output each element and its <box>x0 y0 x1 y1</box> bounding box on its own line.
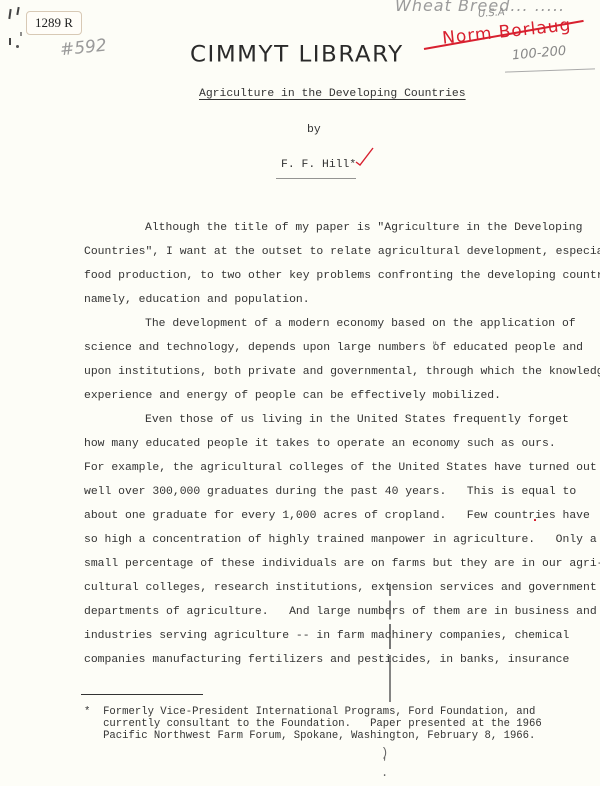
body-line: food production, to two other key proble… <box>84 270 600 282</box>
pencil-underline <box>505 68 595 72</box>
catalog-label: 1289 R <box>26 11 82 35</box>
body-line: Although the title of my paper is "Agric… <box>145 222 582 234</box>
body-line: experience and energy of people can be e… <box>84 390 501 402</box>
body-line: upon institutions, both private and gove… <box>84 366 600 378</box>
edge-mark <box>9 38 11 45</box>
body-line: The development of a modern economy base… <box>145 318 576 330</box>
footnote-line: * Formerly Vice-President International … <box>84 706 535 718</box>
body-line: science and technology, depends upon lar… <box>84 342 583 354</box>
document-page: 1289 R #592 Wheat Breed... ..... U.S.A N… <box>0 0 600 786</box>
body-line: cultural colleges, research institutions… <box>84 582 597 594</box>
body-line: how many educated people it takes to ope… <box>84 438 556 450</box>
body-line: For example, the agricultural colleges o… <box>84 462 597 474</box>
body-line: Countries", I want at the outset to rela… <box>84 246 600 258</box>
library-stamp: CIMMYT LIBRARY <box>190 43 404 68</box>
pencil-tick-mark: " <box>432 341 436 345</box>
body-line: well over 300,000 graduates during the p… <box>84 486 576 498</box>
edge-mark <box>16 7 19 15</box>
red-dot-mark <box>534 519 536 521</box>
footnote-line: currently consultant to the Foundation. … <box>84 718 542 730</box>
handwritten-recipient: Norm Borlaug <box>441 15 572 48</box>
body-line: companies manufacturing fertilizers and … <box>84 654 569 666</box>
handwritten-range-note: 100-200 <box>511 44 566 64</box>
paper-title: Agriculture in the Developing Countries <box>199 88 466 100</box>
body-line: industries serving agriculture -- in far… <box>84 630 569 642</box>
handwritten-usa-note: U.S.A <box>478 7 506 20</box>
edge-dot <box>16 45 19 48</box>
body-line: about one graduate for every 1,000 acres… <box>84 510 590 522</box>
footnote-rule <box>81 694 203 695</box>
byline-by: by <box>307 124 321 136</box>
handwritten-item-number: #592 <box>59 36 108 61</box>
margin-pencil-line <box>389 584 391 702</box>
red-checkmark-icon <box>354 146 374 166</box>
author-underline <box>276 178 356 179</box>
body-line: so high a concentration of highly traine… <box>84 534 597 546</box>
body-line: namely, education and population. <box>84 294 310 306</box>
author-name: F. F. Hill* <box>281 159 356 171</box>
body-line: Even those of us living in the United St… <box>145 414 569 426</box>
body-line: departments of agriculture. And large nu… <box>84 606 597 618</box>
margin-pencil-dots: )'. <box>381 748 388 778</box>
edge-mark <box>8 9 11 19</box>
edge-mark <box>20 32 22 36</box>
footnote-line: Pacific Northwest Farm Forum, Spokane, W… <box>84 730 535 742</box>
body-line: small percentage of these individuals ar… <box>84 558 600 570</box>
